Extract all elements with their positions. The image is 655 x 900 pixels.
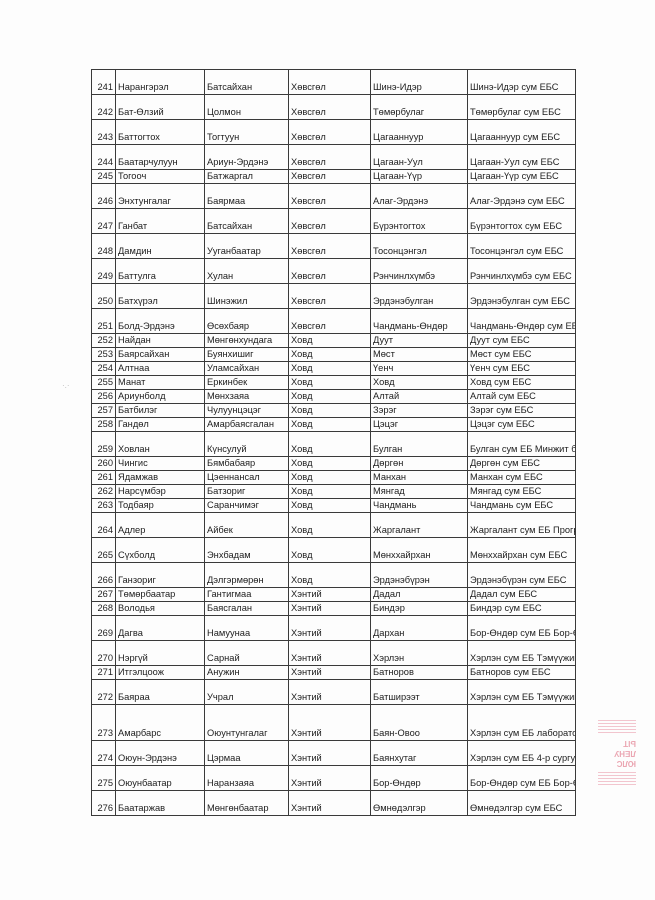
table-row: 271ИтгэлцоожАнужинХэнтийБатноровБатноров… (92, 666, 576, 680)
given-name-cell: Нарсүмбэр (116, 485, 205, 499)
province-cell: Ховд (289, 485, 371, 499)
table-row: 270НэргүйСарнайХэнтийХэрлэнХэрлэн сум ЕБ… (92, 641, 576, 666)
school-name-cell: Хэрлэн сум ЕБ Тэмүүжин ЦС (468, 641, 576, 666)
district-cell: Баянхутаг (371, 741, 468, 766)
school-name-cell: Цэцэг сум ЕБС (468, 418, 576, 432)
province-cell: Ховд (289, 471, 371, 485)
given-name-cell: Баатарчулуун (116, 145, 205, 170)
district-cell: Баян-Овоо (371, 705, 468, 741)
district-cell: Төмөрбулаг (371, 95, 468, 120)
parent-name-cell: Дэлгэрмөрөн (205, 563, 289, 588)
parent-name-cell: Намуунаа (205, 616, 289, 641)
given-name-cell: Ядамжав (116, 471, 205, 485)
district-cell: Цагааннуур (371, 120, 468, 145)
parent-name-cell: Уламсайхан (205, 362, 289, 376)
row-number-cell: 257 (92, 404, 116, 418)
participant-table-body: 241НарангэрэлБатсайханХөвсгөлШинэ-ИдэрШи… (92, 70, 576, 816)
province-cell: Хэнтий (289, 641, 371, 666)
school-name-cell: Чандмань-Өндөр сум ЕБС (468, 309, 576, 334)
district-cell: Зэрэг (371, 404, 468, 418)
row-number-cell: 267 (92, 588, 116, 602)
given-name-cell: Алтнаа (116, 362, 205, 376)
parent-name-cell: Баярмаа (205, 184, 289, 209)
given-name-cell: Амарбарс (116, 705, 205, 741)
parent-name-cell: Наранзаяа (205, 766, 289, 791)
table-row: 245ТогоочБатжаргалХөвсгөлЦагаан-ҮүрЦагаа… (92, 170, 576, 184)
district-cell: Мөнххайрхан (371, 538, 468, 563)
stamp-text-1: ЮЛС (598, 758, 636, 768)
table-row: 249БаттулгаХуланХөвсгөлРэнчинлхүмбэРэнчи… (92, 259, 576, 284)
school-name-cell: Чандмань сум ЕБС (468, 499, 576, 513)
school-name-cell: Эрдэнэбулган сум ЕБС (468, 284, 576, 309)
table-row: 241НарангэрэлБатсайханХөвсгөлШинэ-ИдэрШи… (92, 70, 576, 95)
province-cell: Ховд (289, 404, 371, 418)
school-name-cell: Цагаан-Уул сум ЕБС (468, 145, 576, 170)
province-cell: Ховд (289, 563, 371, 588)
province-cell: Хэнтий (289, 766, 371, 791)
school-name-cell: Үенч сум ЕБС (468, 362, 576, 376)
province-cell: Хөвсгөл (289, 70, 371, 95)
district-cell: Цагаан-Үүр (371, 170, 468, 184)
given-name-cell: Баяраа (116, 680, 205, 705)
table-row: 243БаттогтохТогтуунХөвсгөлЦагааннуурЦага… (92, 120, 576, 145)
parent-name-cell: Батзориг (205, 485, 289, 499)
school-name-cell: Хэрлэн сум ЕБ Тэмүүжин ЦС (468, 680, 576, 705)
parent-name-cell: Тогтуун (205, 120, 289, 145)
school-name-cell: Мөст сум ЕБС (468, 348, 576, 362)
district-cell: Дархан (371, 616, 468, 641)
province-cell: Ховд (289, 390, 371, 404)
school-name-cell: Дадал сум ЕБС (468, 588, 576, 602)
district-cell: Цэцэг (371, 418, 468, 432)
table-row: 265СүхболдЭнхбадамХовдМөнххайрханМөнххай… (92, 538, 576, 563)
given-name-cell: Баярсайхан (116, 348, 205, 362)
stamp-hatch (598, 720, 636, 734)
given-name-cell: Дамдин (116, 234, 205, 259)
row-number-cell: 273 (92, 705, 116, 741)
given-name-cell: Нарангэрэл (116, 70, 205, 95)
parent-name-cell: Учрал (205, 680, 289, 705)
district-cell: Хэрлэн (371, 641, 468, 666)
parent-name-cell: Гантигмаа (205, 588, 289, 602)
school-name-cell: Биндэр сум ЕБС (468, 602, 576, 616)
row-number-cell: 276 (92, 791, 116, 816)
district-cell: Дөргөн (371, 457, 468, 471)
table-row: 274Оюун-ЭрдэнэЦэрмааХэнтийБаянхутагХэрлэ… (92, 741, 576, 766)
stamp-hatch (598, 772, 636, 786)
row-number-cell: 260 (92, 457, 116, 471)
stamp-text-3: ЫТ (598, 738, 636, 748)
row-number-cell: 262 (92, 485, 116, 499)
province-cell: Хэнтий (289, 588, 371, 602)
parent-name-cell: Еркинбек (205, 376, 289, 390)
row-number-cell: 261 (92, 471, 116, 485)
parent-name-cell: Цолмон (205, 95, 289, 120)
district-cell: Мөст (371, 348, 468, 362)
school-name-cell: Мянгад сум ЕБС (468, 485, 576, 499)
table-row: 252НайданМөнгөнхундагаХовдДуутДуут сум Е… (92, 334, 576, 348)
district-cell: Тосонцэнгэл (371, 234, 468, 259)
school-name-cell: Алтай сум ЕБС (468, 390, 576, 404)
given-name-cell: Болд-Эрдэнэ (116, 309, 205, 334)
district-cell: Булган (371, 432, 468, 457)
province-cell: Ховд (289, 418, 371, 432)
table-row: 250БатхүрэлШинэжилХөвсгөлЭрдэнэбулганЭрд… (92, 284, 576, 309)
parent-name-cell: Саранчимэг (205, 499, 289, 513)
row-number-cell: 255 (92, 376, 116, 390)
given-name-cell: Гандөл (116, 418, 205, 432)
scan-mark: ·.· (62, 381, 70, 390)
school-name-cell: Зэрэг сум ЕБС (468, 404, 576, 418)
district-cell: Чандмань-Өндөр (371, 309, 468, 334)
given-name-cell: Итгэлцоож (116, 666, 205, 680)
district-cell: Чандмань (371, 499, 468, 513)
table-row: 259ХовланКүнсулуйХовдБулганБулган сум ЕБ… (92, 432, 576, 457)
school-name-cell: Дөргөн сум ЕБС (468, 457, 576, 471)
district-cell: Батноров (371, 666, 468, 680)
table-row: 254АлтнааУламсайханХовдҮенчҮенч сум ЕБС (92, 362, 576, 376)
province-cell: Хөвсгөл (289, 120, 371, 145)
province-cell: Ховд (289, 457, 371, 471)
school-name-cell: Ховд сум ЕБС (468, 376, 576, 390)
parent-name-cell: Батсайхан (205, 70, 289, 95)
document-page: 241НарангэрэлБатсайханХөвсгөлШинэ-ИдэрШи… (0, 0, 655, 900)
school-name-cell: Хэрлэн сум ЕБ лаборатори 1-р сургууль (468, 705, 576, 741)
school-name-cell: Өмнөдэлгэр сум ЕБС (468, 791, 576, 816)
table-row: 273АмарбарсОюунтунгалагХэнтийБаян-ОвооХэ… (92, 705, 576, 741)
school-name-cell: Манхан сум ЕБС (468, 471, 576, 485)
table-row: 255МанатЕркинбекХовдХовдХовд сум ЕБС (92, 376, 576, 390)
table-row: 275ОюунбаатарНаранзаяаХэнтийБор-ӨндөрБор… (92, 766, 576, 791)
school-name-cell: Алаг-Эрдэнэ сум ЕБС (468, 184, 576, 209)
given-name-cell: Баттогтох (116, 120, 205, 145)
given-name-cell: Тогооч (116, 170, 205, 184)
row-number-cell: 250 (92, 284, 116, 309)
row-number-cell: 258 (92, 418, 116, 432)
given-name-cell: Төмөрбаатар (116, 588, 205, 602)
parent-name-cell: Ариун-Эрдэнэ (205, 145, 289, 170)
district-cell: Рэнчинлхүмбэ (371, 259, 468, 284)
row-number-cell: 259 (92, 432, 116, 457)
school-name-cell: Булган сум ЕБ Минжит булган ЦС (468, 432, 576, 457)
row-number-cell: 251 (92, 309, 116, 334)
province-cell: Ховд (289, 348, 371, 362)
district-cell: Алтай (371, 390, 468, 404)
given-name-cell: Нэргүй (116, 641, 205, 666)
province-cell: Хөвсгөл (289, 145, 371, 170)
table-row: 247ГанбатБатсайханХөвсгөлБүрэнтогтохБүрэ… (92, 209, 576, 234)
parent-name-cell: Цэеннансал (205, 471, 289, 485)
row-number-cell: 272 (92, 680, 116, 705)
parent-name-cell: Күнсулуй (205, 432, 289, 457)
district-cell: Эрдэнэбүрэн (371, 563, 468, 588)
row-number-cell: 247 (92, 209, 116, 234)
province-cell: Хэнтий (289, 791, 371, 816)
row-number-cell: 249 (92, 259, 116, 284)
school-name-cell: Бор-Өндөр сум ЕБ Бор-Өндөр ЦС (468, 616, 576, 641)
given-name-cell: Чингис (116, 457, 205, 471)
district-cell: Биндэр (371, 602, 468, 616)
row-number-cell: 245 (92, 170, 116, 184)
given-name-cell: Манат (116, 376, 205, 390)
given-name-cell: Бат-Өлзий (116, 95, 205, 120)
given-name-cell: Ариунболд (116, 390, 205, 404)
table-row: 253БаярсайханБуянхишигХовдМөстМөст сум Е… (92, 348, 576, 362)
parent-name-cell: Амарбаясгалан (205, 418, 289, 432)
row-number-cell: 241 (92, 70, 116, 95)
given-name-cell: Баатаржав (116, 791, 205, 816)
row-number-cell: 274 (92, 741, 116, 766)
district-cell: Цагаан-Уул (371, 145, 468, 170)
table-row: 276БаатаржавМөнгөнбаатарХэнтийӨмнөдэлгэр… (92, 791, 576, 816)
table-row: 246ЭнхтунгалагБаярмааХөвсгөлАлаг-ЭрдэнэА… (92, 184, 576, 209)
school-name-cell: Батноров сум ЕБС (468, 666, 576, 680)
row-number-cell: 243 (92, 120, 116, 145)
given-name-cell: Ховлан (116, 432, 205, 457)
school-name-cell: Цагааннуур сум ЕБС (468, 120, 576, 145)
row-number-cell: 246 (92, 184, 116, 209)
row-number-cell: 265 (92, 538, 116, 563)
district-cell: Эрдэнэбулган (371, 284, 468, 309)
province-cell: Хөвсгөл (289, 184, 371, 209)
province-cell: Хөвсгөл (289, 259, 371, 284)
province-cell: Хэнтий (289, 741, 371, 766)
district-cell: Бүрэнтогтох (371, 209, 468, 234)
province-cell: Хэнтий (289, 616, 371, 641)
row-number-cell: 264 (92, 513, 116, 538)
parent-name-cell: Анужин (205, 666, 289, 680)
district-cell: Алаг-Эрдэнэ (371, 184, 468, 209)
school-name-cell: Төмөрбулаг сум ЕБС (468, 95, 576, 120)
parent-name-cell: Айбек (205, 513, 289, 538)
school-name-cell: Бор-Өндөр сум ЕБ Бор-Өндөр ЦС (468, 766, 576, 791)
province-cell: Ховд (289, 538, 371, 563)
parent-name-cell: Энхбадам (205, 538, 289, 563)
province-cell: Ховд (289, 334, 371, 348)
district-cell: Бор-Өндөр (371, 766, 468, 791)
school-name-cell: Жаргалант сум ЕБ Прогресс сургууль (468, 513, 576, 538)
given-name-cell: Ганбат (116, 209, 205, 234)
province-cell: Хэнтий (289, 602, 371, 616)
row-number-cell: 275 (92, 766, 116, 791)
participant-table: 241НарангэрэлБатсайханХөвсгөлШинэ-ИдэрШи… (91, 69, 576, 816)
parent-name-cell: Мөнхзаяа (205, 390, 289, 404)
row-number-cell: 263 (92, 499, 116, 513)
district-cell: Өмнөдэлгэр (371, 791, 468, 816)
table-row: 268ВолодьяБаясгаланХэнтийБиндэрБиндэр су… (92, 602, 576, 616)
given-name-cell: Оюунбаатар (116, 766, 205, 791)
row-number-cell: 268 (92, 602, 116, 616)
province-cell: Ховд (289, 513, 371, 538)
row-number-cell: 254 (92, 362, 116, 376)
row-number-cell: 244 (92, 145, 116, 170)
table-row: 266ГанзоригДэлгэрмөрөнХовдЭрдэнэбүрэнЭрд… (92, 563, 576, 588)
district-cell: Батширээт (371, 680, 468, 705)
given-name-cell: Дагва (116, 616, 205, 641)
province-cell: Ховд (289, 499, 371, 513)
district-cell: Жаргалант (371, 513, 468, 538)
parent-name-cell: Батсайхан (205, 209, 289, 234)
table-row: 242Бат-ӨлзийЦолмонХөвсгөлТөмөрбулагТөмөр… (92, 95, 576, 120)
school-name-cell: Бүрэнтогтох сум ЕБС (468, 209, 576, 234)
row-number-cell: 269 (92, 616, 116, 641)
table-row: 256АриунболдМөнхзаяаХовдАлтайАлтай сум Е… (92, 390, 576, 404)
row-number-cell: 270 (92, 641, 116, 666)
province-cell: Хэнтий (289, 705, 371, 741)
given-name-cell: Володья (116, 602, 205, 616)
table-row: 248ДамдинУуганбаатарХөвсгөлТосонцэнгэлТо… (92, 234, 576, 259)
district-cell: Дадал (371, 588, 468, 602)
parent-name-cell: Буянхишиг (205, 348, 289, 362)
stamp-text-2: ЛЕНУ (598, 748, 636, 758)
province-cell: Хөвсгөл (289, 234, 371, 259)
school-name-cell: Мөнххайрхан сум ЕБС (468, 538, 576, 563)
province-cell: Хөвсгөл (289, 284, 371, 309)
province-cell: Хэнтий (289, 680, 371, 705)
parent-name-cell: Өсөхбаяр (205, 309, 289, 334)
parent-name-cell: Сарнай (205, 641, 289, 666)
school-name-cell: Цагаан-Үүр сум ЕБС (468, 170, 576, 184)
parent-name-cell: Цэрмаа (205, 741, 289, 766)
district-cell: Манхан (371, 471, 468, 485)
table-row: 258ГандөлАмарбаясгаланХовдЦэцэгЦэцэг сум… (92, 418, 576, 432)
table-row: 269ДагваНамуунааХэнтийДарханБор-Өндөр су… (92, 616, 576, 641)
school-name-cell: Дуут сум ЕБС (468, 334, 576, 348)
parent-name-cell: Мөнгөнбаатар (205, 791, 289, 816)
province-cell: Ховд (289, 362, 371, 376)
school-name-cell: Рэнчинлхүмбэ сум ЕБС (468, 259, 576, 284)
school-name-cell: Шинэ-Идэр сум ЕБС (468, 70, 576, 95)
parent-name-cell: Баясгалан (205, 602, 289, 616)
province-cell: Хөвсгөл (289, 209, 371, 234)
parent-name-cell: Ууганбаатар (205, 234, 289, 259)
given-name-cell: Адлер (116, 513, 205, 538)
table-row: 261ЯдамжавЦэеннансалХовдМанханМанхан сум… (92, 471, 576, 485)
table-row: 244БаатарчулуунАриун-ЭрдэнэХөвсгөлЦагаан… (92, 145, 576, 170)
parent-name-cell: Оюунтунгалаг (205, 705, 289, 741)
given-name-cell: Тодбаяр (116, 499, 205, 513)
table-row: 257БатбилэгЧулуунцэцэгХовдЗэрэгЗэрэг сум… (92, 404, 576, 418)
given-name-cell: Энхтунгалаг (116, 184, 205, 209)
parent-name-cell: Мөнгөнхундага (205, 334, 289, 348)
row-number-cell: 271 (92, 666, 116, 680)
given-name-cell: Ганзориг (116, 563, 205, 588)
parent-name-cell: Бямбабаяр (205, 457, 289, 471)
red-stamp: ЮЛС ЛЕНУ ЫТ (598, 660, 636, 790)
table-row: 267ТөмөрбаатарГантигмааХэнтийДадалДадал … (92, 588, 576, 602)
school-name-cell: Эрдэнэбүрэн сум ЕБС (468, 563, 576, 588)
given-name-cell: Батхүрэл (116, 284, 205, 309)
table-row: 272БаярааУчралХэнтийБатширээтХэрлэн сум … (92, 680, 576, 705)
province-cell: Ховд (289, 432, 371, 457)
table-row: 262НарсүмбэрБатзоригХовдМянгадМянгад сум… (92, 485, 576, 499)
row-number-cell: 266 (92, 563, 116, 588)
province-cell: Хэнтий (289, 666, 371, 680)
district-cell: Ховд (371, 376, 468, 390)
table-row: 263ТодбаярСаранчимэгХовдЧандманьЧандмань… (92, 499, 576, 513)
given-name-cell: Оюун-Эрдэнэ (116, 741, 205, 766)
province-cell: Хөвсгөл (289, 170, 371, 184)
parent-name-cell: Шинэжил (205, 284, 289, 309)
row-number-cell: 256 (92, 390, 116, 404)
school-name-cell: Тосонцэнгэл сум ЕБС (468, 234, 576, 259)
row-number-cell: 253 (92, 348, 116, 362)
given-name-cell: Сүхболд (116, 538, 205, 563)
province-cell: Хөвсгөл (289, 95, 371, 120)
given-name-cell: Найдан (116, 334, 205, 348)
parent-name-cell: Батжаргал (205, 170, 289, 184)
district-cell: Дуут (371, 334, 468, 348)
row-number-cell: 252 (92, 334, 116, 348)
district-cell: Шинэ-Идэр (371, 70, 468, 95)
row-number-cell: 242 (92, 95, 116, 120)
parent-name-cell: Чулуунцэцэг (205, 404, 289, 418)
district-cell: Мянгад (371, 485, 468, 499)
given-name-cell: Батбилэг (116, 404, 205, 418)
given-name-cell: Баттулга (116, 259, 205, 284)
province-cell: Ховд (289, 376, 371, 390)
table-row: 251Болд-ЭрдэнэӨсөхбаярХөвсгөлЧандмань-Өн… (92, 309, 576, 334)
row-number-cell: 248 (92, 234, 116, 259)
district-cell: Үенч (371, 362, 468, 376)
parent-name-cell: Хулан (205, 259, 289, 284)
table-row: 264АдлерАйбекХовдЖаргалантЖаргалант сум … (92, 513, 576, 538)
table-row: 260ЧингисБямбабаярХовдДөргөнДөргөн сум Е… (92, 457, 576, 471)
province-cell: Хөвсгөл (289, 309, 371, 334)
school-name-cell: Хэрлэн сум ЕБ 4-р сургууль (468, 741, 576, 766)
